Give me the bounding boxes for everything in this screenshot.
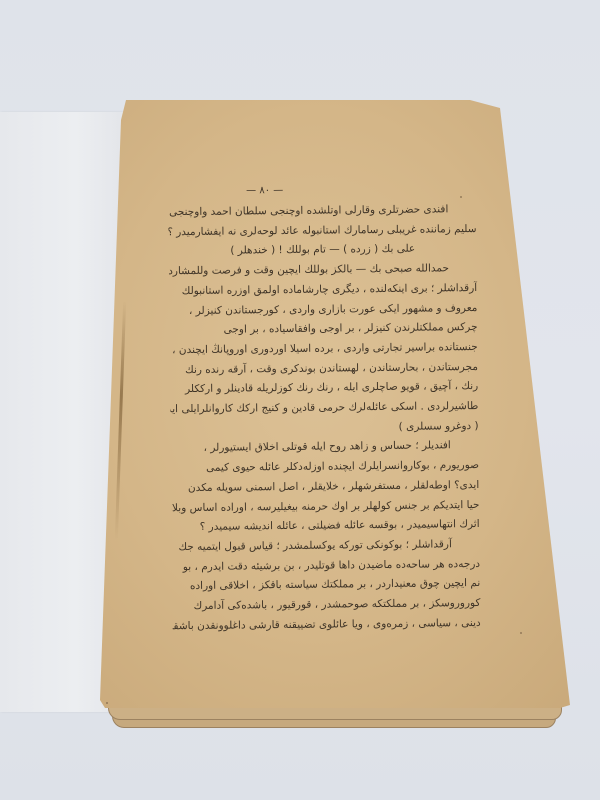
text-line: دینی ، سیاسی ، زمرەوی ، ویا عائلوی تضییق… [173,614,481,637]
text-line: ایدی؟ اوطەلقلر ، مستفرشهلر ، خلایقلر ، ا… [171,476,479,499]
page-number: — ۸۰ — [246,178,476,202]
page-text: — ۸۰ — افندی حضرتلری وقارلی اوتلشده اوچن… [168,178,481,637]
paper-speck [520,632,522,634]
photo-scene: — ۸۰ — افندی حضرتلری وقارلی اوتلشده اوچن… [0,0,600,800]
paper-speck [106,702,108,704]
text-line: جنستانده براسیر تجارتی واردی ، برده اسیل… [170,338,478,361]
text-line: آرقداشلر ؛ بوکونکی توركه یوکسلمشدر ؛ قیا… [172,535,480,558]
text-line: آرقداشلر ؛ بری اینکەلنده ، دیگری چارشاما… [169,279,477,302]
text-line: سلیم زماننده غریبلی رسامارك استانبوله عا… [168,220,476,243]
